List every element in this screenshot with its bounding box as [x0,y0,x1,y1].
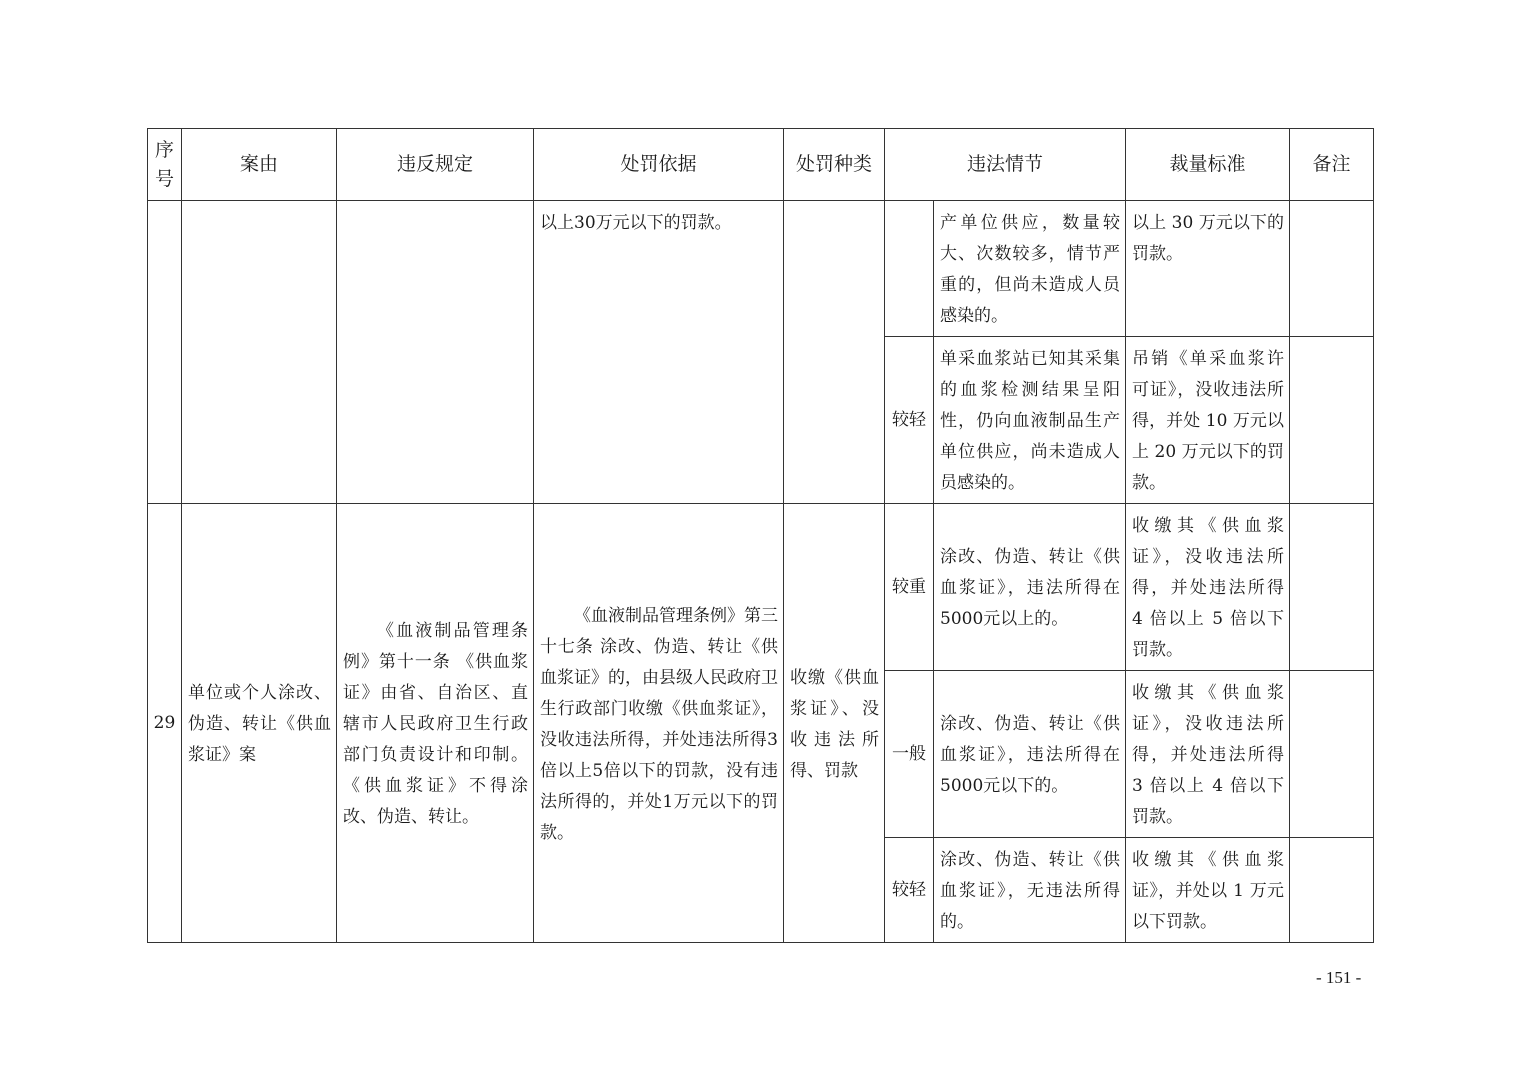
cell-penalty-basis: 《血液制品管理条例》第三十七条 涂改、伪造、转让《供血浆证》的，由县级人民政府卫… [534,504,784,943]
cell-violated-rule: 《血液制品管理条例》第十一条 《供血浆证》由省、自治区、直辖市人民政府卫生行政部… [337,504,534,943]
header-circumstances: 违法情节 [885,129,1126,201]
cell-remarks [1290,337,1374,504]
header-seq: 序 号 [148,129,182,201]
cell-remarks [1290,504,1374,671]
page-number: - 151 - [1316,968,1361,988]
header-row: 序 号 案由 违反规定 处罚依据 处罚种类 违法情节 裁量标准 备注 [148,129,1374,201]
cell-level: 较轻 [885,838,934,943]
cell-level: 较重 [885,504,934,671]
cell-seq [148,201,182,504]
cell-remarks [1290,838,1374,943]
cell-remarks [1290,201,1374,337]
header-seq-line2: 号 [148,165,181,194]
cell-penalty-type [784,201,885,504]
header-violated-rule: 违反规定 [337,129,534,201]
cell-standard: 收缴其《供血浆证》，并处以 1 万元以下罚款。 [1126,838,1290,943]
cell-standard: 吊销《单采血浆许可证》，没收违法所得，并处 10 万元以上 20 万元以下的罚款… [1126,337,1290,504]
header-penalty-type: 处罚种类 [784,129,885,201]
cell-penalty-type: 收缴《供血浆证》、没收违法所得、罚款 [784,504,885,943]
cell-circumstance: 涂改、伪造、转让《供血浆证》，无违法所得的。 [934,838,1126,943]
header-case: 案由 [182,129,337,201]
header-seq-line1: 序 [148,136,181,165]
cell-remarks [1290,671,1374,838]
cell-level [885,201,934,337]
cell-penalty-basis: 以上30万元以下的罚款。 [534,201,784,504]
cell-circumstance: 涂改、伪造、转让《供血浆证》，违法所得在5000元以下的。 [934,671,1126,838]
header-remarks: 备注 [1290,129,1374,201]
cell-violated-rule [337,201,534,504]
table-row: 29 单位或个人涂改、伪造、转让《供血浆证》案 《血液制品管理条例》第十一条 《… [148,504,1374,671]
header-standard: 裁量标准 [1126,129,1290,201]
cell-case: 单位或个人涂改、伪造、转让《供血浆证》案 [182,504,337,943]
cell-standard: 收缴其《供血浆证》，没收违法所得，并处违法所得 4 倍以上 5 倍以下罚款。 [1126,504,1290,671]
cell-standard: 以上 30 万元以下的罚款。 [1126,201,1290,337]
header-penalty-basis: 处罚依据 [534,129,784,201]
cell-level: 一般 [885,671,934,838]
cell-level: 较轻 [885,337,934,504]
cell-circumstance: 涂改、伪造、转让《供血浆证》，违法所得在5000元以上的。 [934,504,1126,671]
cell-case [182,201,337,504]
cell-seq: 29 [148,504,182,943]
penalty-discretion-table: 序 号 案由 违反规定 处罚依据 处罚种类 违法情节 裁量标准 备注 以上30万… [147,128,1374,943]
cell-standard: 收缴其《供血浆证》，没收违法所得，并处违法所得 3 倍以上 4 倍以下罚款。 [1126,671,1290,838]
cell-circumstance: 产单位供应，数量较大、次数较多，情节严重的，但尚未造成人员感染的。 [934,201,1126,337]
table-row: 以上30万元以下的罚款。 产单位供应，数量较大、次数较多，情节严重的，但尚未造成… [148,201,1374,337]
cell-circumstance: 单采血浆站已知其采集的血浆检测结果呈阳性，仍向血液制品生产单位供应，尚未造成人员… [934,337,1126,504]
